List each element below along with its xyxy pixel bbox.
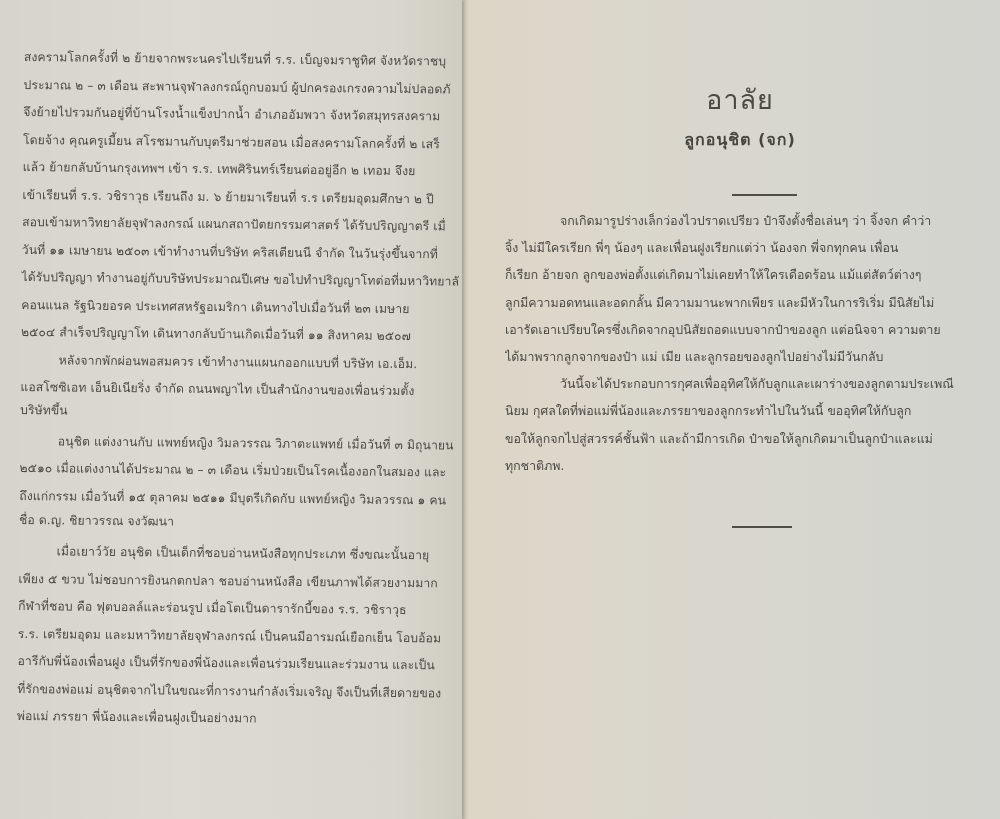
left-page-text: สงครามโลกครั้งที่ ๒ ย้ายจากพระนครไปเรียน…: [17, 44, 464, 735]
text-line: จึงย้ายไปรวมกันอยู่ที่บ้านโรงน้ำแข็งปากน…: [23, 99, 463, 131]
divider-rule: [732, 526, 792, 528]
text-line: ทุกชาติภพ.: [505, 452, 975, 479]
text-line: วันนี้จะได้ประกอบการกุศลเพื่ออุทิศให้กับ…: [505, 370, 975, 397]
text-line: นิยม กุศลใดที่พ่อแม่พี่น้องและภรรยาของลู…: [505, 397, 975, 424]
text-line: จกเกิดมารูปร่างเล็กว่องไวปราดเปรียว ป๋าจ…: [505, 207, 975, 234]
text-line: กีฬาที่ชอบ คือ ฟุตบอลล์และร่อนรูป เมื่อโ…: [18, 593, 458, 625]
text-line: สงครามโลกครั้งที่ ๒ ย้ายจากพระนครไปเรียน…: [24, 44, 464, 76]
text-line: แอสโซซิเอท เอ็นยิเนียริ่ง จำกัด ถนนพญาไท…: [20, 374, 460, 406]
text-line: อารีกับพี่น้องเพื่อนฝูง เป็นที่รักของพี่…: [17, 648, 457, 680]
text-line: ลูกมีความอดทนและอดกลั้น มีความมานะพากเพี…: [505, 289, 975, 316]
text-line: สอบเข้ามหาวิทยาลัยจุฬาลงกรณ์ แผนกสถาปัตย…: [22, 209, 462, 241]
left-page: สงครามโลกครั้งที่ ๒ ย้ายจากพระนครไปเรียน…: [0, 0, 462, 819]
page-title: อาลัย: [505, 78, 975, 121]
text-line: ก็เรียก อ้ายจก ลูกของพ่อตั้งแต่เกิดมาไม่…: [505, 261, 975, 288]
text-line: เอารัดเอาเปรียบใครซึ่งเกิดจากอุปนิสัยถอด…: [505, 316, 975, 343]
page-subtitle: ลูกอนุชิต (จก): [505, 128, 975, 153]
text-line: ได้รับปริญญา ทำงานอยู่กับบริษัทประมาณปีเ…: [21, 264, 461, 296]
divider-rule: [732, 194, 797, 196]
text-line: จิ้ง ไม่มีใครเรียก พี่ๆ น้องๆ และเพื่อนฝ…: [505, 234, 975, 261]
book-spread: สงครามโลกครั้งที่ ๒ ย้ายจากพระนครไปเรียน…: [0, 0, 1000, 819]
text-line: เมื่อเยาว์วัย อนุชิต เป็นเด็กที่ชอบอ่านห…: [19, 538, 459, 570]
text-line: ขอให้ลูกจกไปสู่สวรรค์ชั้นฟ้า และถ้ามีการ…: [505, 425, 975, 452]
text-line: พ่อแม่ ภรรยา พี่น้องและเพื่อนฝูงเป็นอย่า…: [17, 703, 457, 735]
tribute-body: จกเกิดมารูปร่างเล็กว่องไวปราดเปรียว ป๋าจ…: [505, 207, 975, 479]
text-line: แล้ว ย้ายกลับบ้านกรุงเทพฯ เข้า ร.ร. เทพศ…: [23, 154, 463, 186]
text-line: ๒๕๑๐ เมื่อแต่งงานได้ประมาณ ๒ – ๓ เดือน เ…: [19, 455, 459, 487]
text-line: ๒๕๐๔ สำเร็จปริญญาโท เดินทางกลับบ้านเกิดเ…: [21, 319, 461, 351]
text-line: ได้มาพรากลูกจากของป๋า แม่ เมีย และลูกรอย…: [505, 343, 975, 370]
